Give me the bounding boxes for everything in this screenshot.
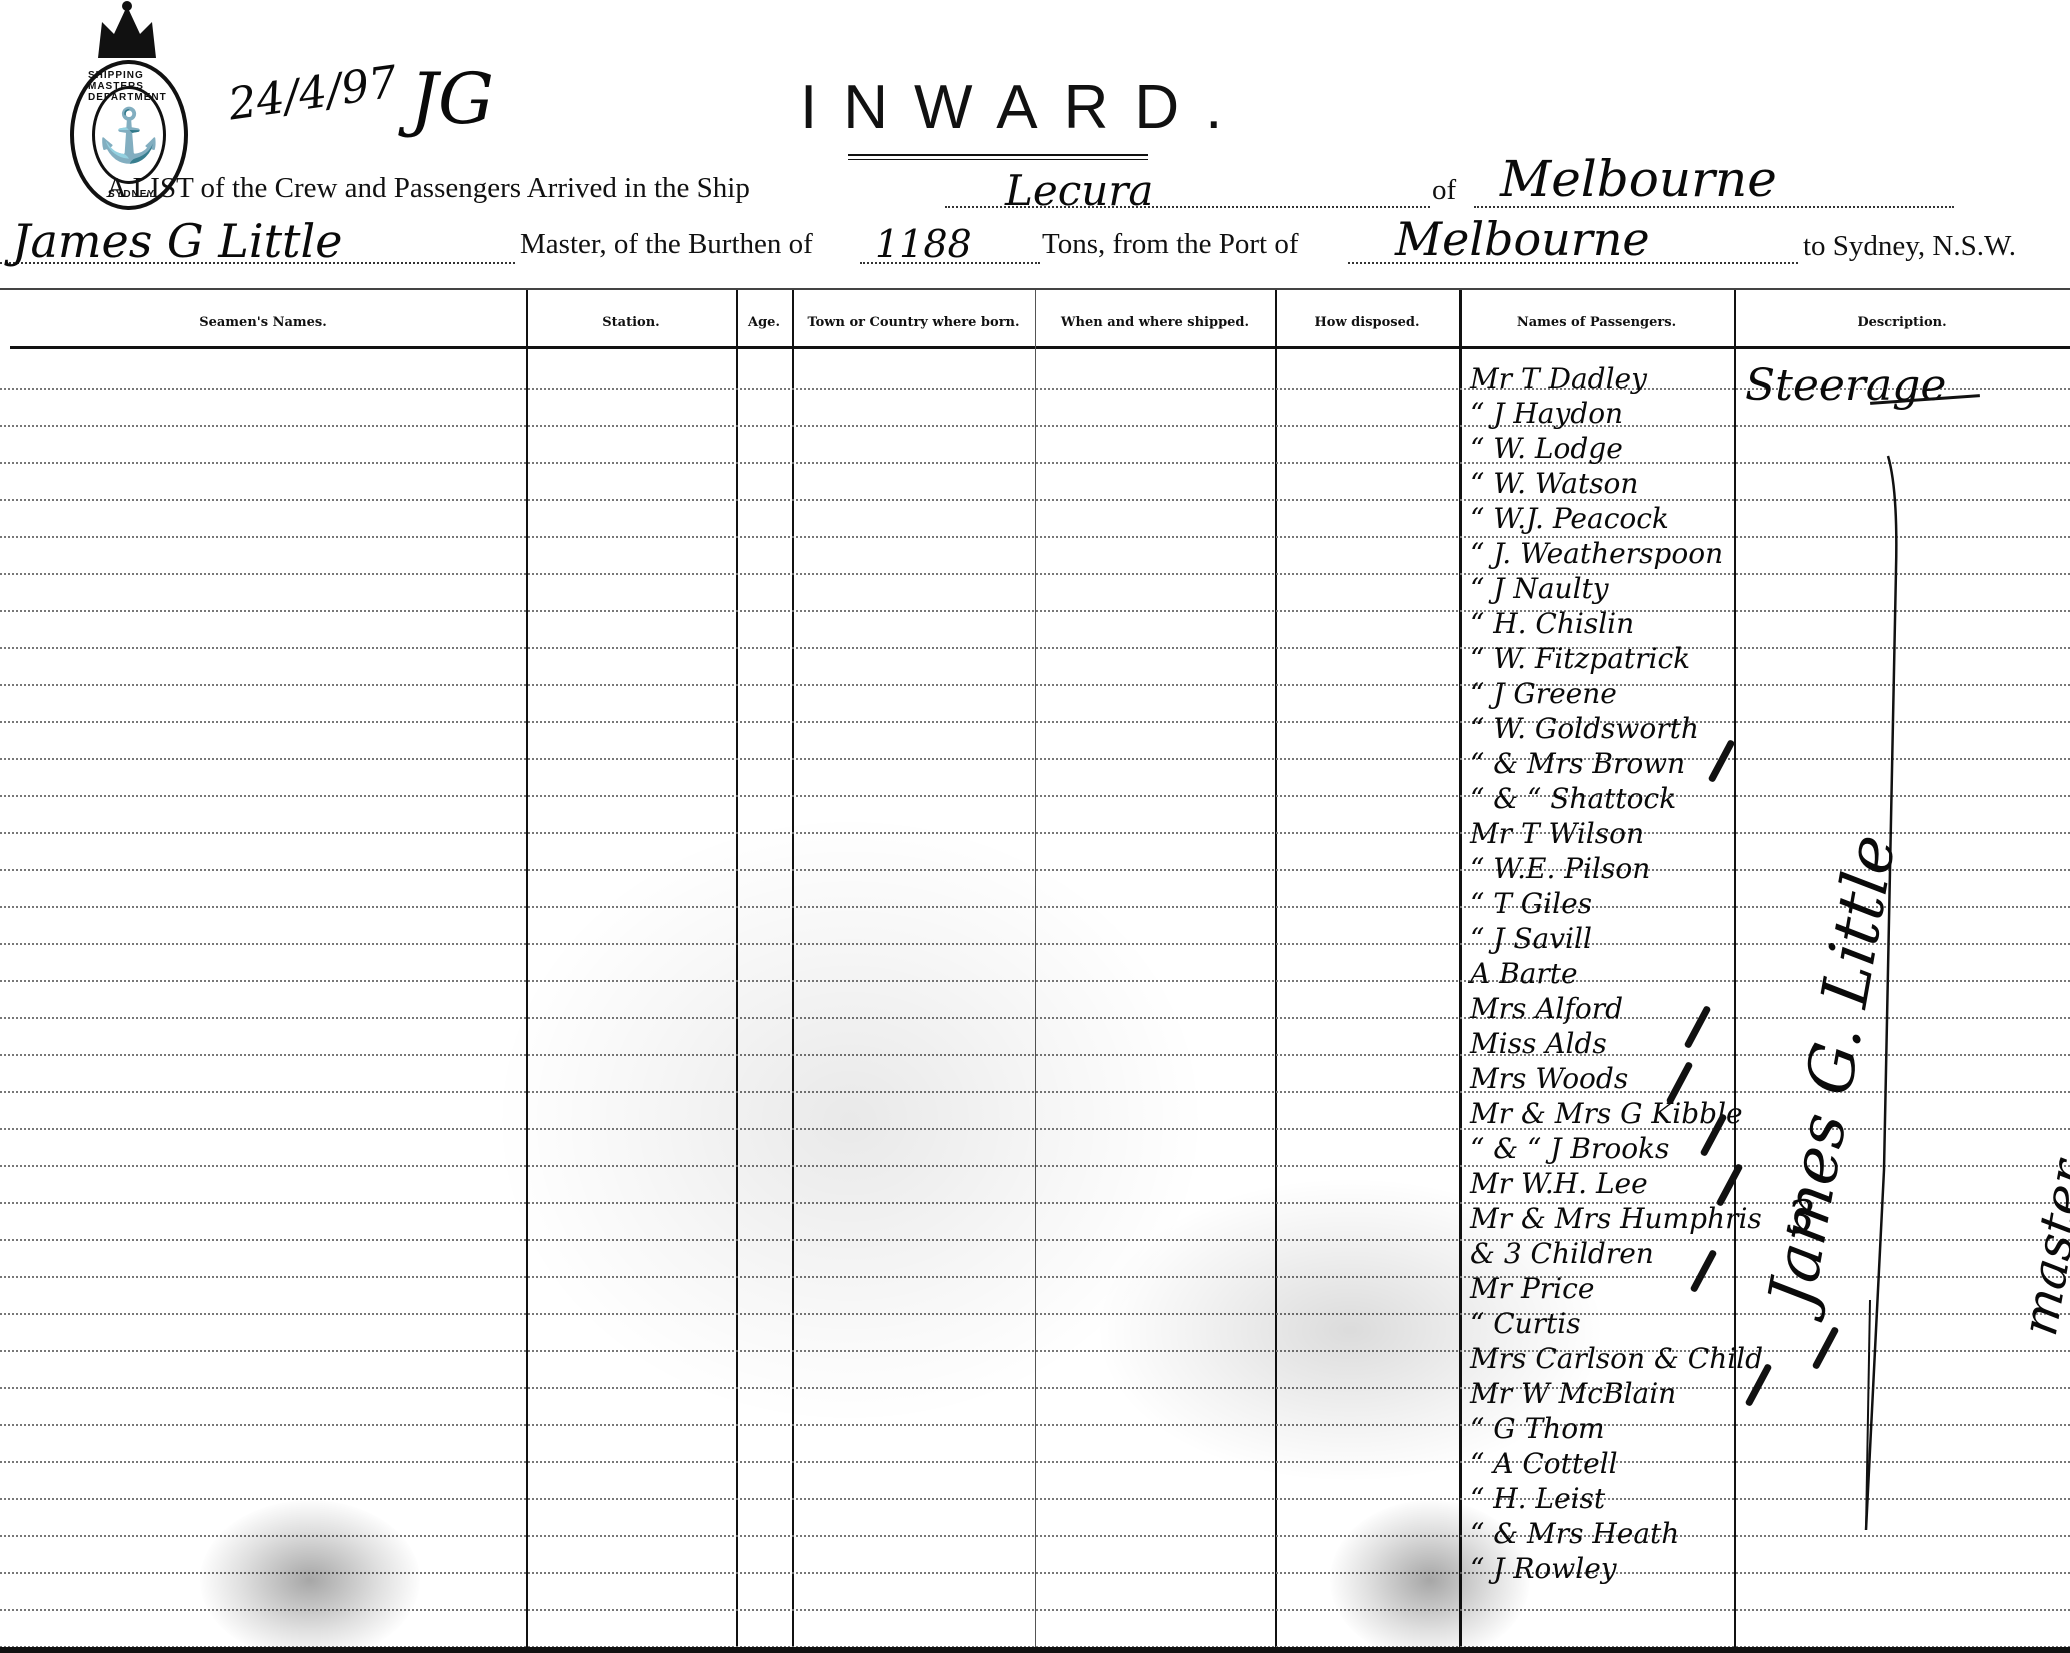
row-rule [0, 758, 2070, 760]
passenger-name: “ J. Weatherspoon [1470, 537, 1723, 570]
passenger-name: “ T Giles [1470, 887, 1592, 920]
crown-icon [92, 0, 162, 62]
master-label: Master, of the Burthen of [520, 228, 813, 261]
title-underline [848, 154, 1148, 160]
row-rule [0, 684, 2070, 686]
passenger-name: “ & “ J Brooks [1470, 1132, 1669, 1165]
passenger-name: “ & Mrs Heath [1470, 1517, 1679, 1550]
row-rule [0, 1461, 2070, 1463]
tons-label: Tons, from the Port of [1042, 228, 1299, 261]
table-header-rule [10, 346, 2070, 349]
row-rule [0, 573, 2070, 575]
row-rule [0, 462, 2070, 464]
passenger-name: “ J Greene [1470, 677, 1617, 710]
passenger-name: “ W.J. Peacock [1470, 502, 1669, 535]
column-header-birthplace: Town or Country where born. [792, 300, 1035, 344]
passenger-name: “ W. Goldsworth [1470, 712, 1699, 745]
passenger-name: “ J Savill [1470, 922, 1592, 955]
master-name: James G Little [12, 214, 342, 268]
row-rule [0, 795, 2070, 797]
passenger-name: “ H. Leist [1470, 1482, 1605, 1515]
passenger-name: Mrs Carlson & Child [1470, 1342, 1763, 1375]
passenger-name: “ & “ Shattock [1470, 782, 1676, 815]
row-rule [0, 721, 2070, 723]
passenger-name: “ W. Fitzpatrick [1470, 642, 1690, 675]
column-header-age: Age. [736, 300, 792, 344]
row-rule [0, 647, 2070, 649]
passenger-name: Mr & Mrs Humphris [1470, 1202, 1762, 1235]
burthen-tons: 1188 [875, 222, 972, 266]
passenger-name: Mr & Mrs G Kibble [1470, 1097, 1743, 1130]
passenger-name: “ W. Watson [1470, 467, 1638, 500]
column-divider [526, 290, 528, 1653]
description-steerage: Steerage [1745, 360, 1946, 411]
passenger-name: “ & Mrs Brown [1470, 747, 1685, 780]
passenger-name: “ J Haydon [1470, 397, 1623, 430]
passenger-name: Miss Alds [1470, 1027, 1607, 1060]
passenger-name: “ W.E. Pilson [1470, 852, 1650, 885]
signature-role: master [2010, 1156, 2070, 1340]
page-title: INWARD. [800, 72, 1248, 143]
page-bottom-edge [0, 1647, 2070, 1653]
passenger-name: Mr W McBlain [1470, 1377, 1676, 1410]
ship-name: Lecura [1005, 166, 1153, 215]
column-header-description: Description. [1734, 300, 2070, 344]
destination-label: to Sydney, N.S.W. [1803, 230, 2016, 263]
list-heading: A LIST of the Crew and Passengers Arrive… [106, 172, 750, 205]
passenger-name: Mr T Dadley [1470, 362, 1647, 395]
row-rule [0, 1424, 2070, 1426]
tick-mark [1690, 1249, 1718, 1293]
tick-mark [1716, 1163, 1744, 1207]
column-header-how-disposed: How disposed. [1275, 300, 1459, 344]
passenger-name: Mrs Woods [1470, 1062, 1628, 1095]
of-label: of [1432, 174, 1456, 207]
received-date: 24/4/97 [225, 56, 400, 130]
row-rule [0, 536, 2070, 538]
passenger-name: “ J Naulty [1470, 572, 1609, 605]
row-rule [0, 425, 2070, 427]
passenger-name: Mr W.H. Lee [1470, 1167, 1648, 1200]
column-header-seamens-names: Seamen's Names. [0, 300, 526, 344]
tick-mark [1684, 1005, 1712, 1049]
column-header-passenger-names: Names of Passengers. [1459, 300, 1734, 344]
passenger-name: “ J Rowley [1470, 1552, 1617, 1585]
tick-mark [1708, 739, 1736, 783]
column-header-shipped: When and where shipped. [1035, 300, 1275, 344]
passenger-name: “ H. Chislin [1470, 607, 1634, 640]
column-divider [1734, 290, 1736, 1653]
column-header-station: Station. [526, 300, 736, 344]
passenger-name: “ Curtis [1470, 1307, 1581, 1340]
passenger-name: Mr Price [1470, 1272, 1594, 1305]
passenger-name: “ A Cottell [1470, 1447, 1618, 1480]
passenger-name: “ W. Lodge [1470, 432, 1623, 465]
row-rule [0, 832, 2070, 834]
ship-of-port: Melbourne [1500, 150, 1777, 208]
passenger-name: A Barte [1470, 957, 1578, 990]
from-port: Melbourne [1395, 212, 1650, 266]
row-rule [0, 610, 2070, 612]
passenger-name: Mrs Alford [1470, 992, 1623, 1025]
row-rule [0, 499, 2070, 501]
anchor-icon: ⚓ [92, 86, 166, 184]
passenger-name: & 3 Children [1470, 1237, 1654, 1270]
clerk-initials: JG [410, 58, 494, 140]
scan-noise [500, 820, 1200, 1420]
passenger-name: Mr T Wilson [1470, 817, 1644, 850]
smudge [200, 1500, 420, 1653]
passenger-name: “ G Thom [1470, 1412, 1605, 1445]
